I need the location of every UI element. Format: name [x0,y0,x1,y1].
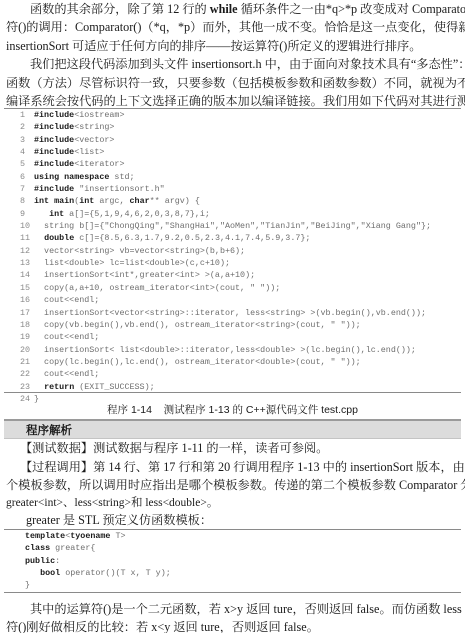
line-number: 16 [20,294,34,306]
code-text: c[]={8.5,6.3,1.7,9.2,0.5,2.3,4.1,7.4,5.9… [74,233,310,243]
code-line: 20 insertionSort< list<double>::iterator… [20,344,431,356]
code-text: T> [110,531,125,541]
caption-label: 程序 1-14 [107,404,152,416]
line-number: 9 [20,208,34,220]
intro-para1-line1: 函数的其余部分，除了第 12 行的 while 循环条件之一由*q>*p 改变成… [30,0,465,18]
code-text: std; [109,172,134,182]
analysis-test-data: 【测试数据】测试数据与程序 1-11 的一样，读者可参阅。 [20,439,465,457]
code-keyword: #include [34,184,74,194]
code-keyword: #include [34,135,74,145]
code-text: greater{ [50,543,95,553]
code-line: 3#include<vector> [20,134,431,146]
caption-text: 测试程序 1-13 的 C++源代码文件 test.cpp [164,404,358,416]
code-keyword: bool [40,568,60,578]
line-number: 10 [20,220,34,232]
code-line: 13 list<double> lc=list<double>(c,c+10); [20,257,431,269]
code-text: copy(lc.begin(),lc.end(), ostream_iterat… [34,357,361,367]
code-text: argc, [94,196,129,206]
code-text: "insertionsort.h" [74,184,164,194]
code-line: } [25,579,171,591]
code-line: template<tyoename T> [25,530,171,542]
code-listing-test-cpp: 1#include<iostream>2#include<string>3#in… [20,109,431,405]
code-line: 1#include<iostream> [20,109,431,121]
line-number: 11 [20,232,34,244]
line-number: 20 [20,344,34,356]
code-line: 14 insertionSort<int*,greater<int> >(a,a… [20,269,431,281]
code-keyword: using namespace [34,172,109,182]
code-keyword: public [25,556,55,566]
intro-text: 循环条件之一由*q>*p 改变成对 Comparator 的运算 [238,2,465,16]
code-text: operator()(T x, T y); [60,568,171,578]
code-text: <vector> [74,135,114,145]
analysis-greater-intro: greater 是 STL 预定义仿函数模板： [26,511,465,529]
code-text: string b[]={"ChongQing","ShangHai","AoMe… [34,221,431,231]
line-number: 12 [20,245,34,257]
code-text: } [25,580,30,590]
line-number: 18 [20,319,34,331]
code-text: cout<<endl; [34,369,99,379]
line-number: 5 [20,158,34,170]
line-number: 13 [20,257,34,269]
code-line: 17 insertionSort<vector<string>::iterato… [20,307,431,319]
intro-text: 函数的其余部分，除了第 12 行的 [30,2,210,16]
code-line: 12 vector<string> vb=vector<string>(b,b+… [20,245,431,257]
line-number: 15 [20,282,34,294]
code-line: 9 int a[]={5,1,9,4,6,2,0,3,8,7},i; [20,208,431,220]
intro-para1-line2: 符()的调用：Comparator()（*q，*p）而外，其他一成不变。恰恰是这… [6,18,461,36]
code-keyword: template [25,531,65,541]
analysis-call-line2: 个模板参数，所以调用时应指出是哪个模板参数。传递的第二个模板参数 Compara… [6,476,461,494]
line-number: 6 [20,171,34,183]
code-text: insertionSort<vector<string>::iterator, … [34,308,426,318]
keyword-while: while [210,2,238,16]
code-line: 7#include "insertionsort.h" [20,183,431,195]
code-bottom-rule [4,392,461,393]
code-line: 2#include<string> [20,121,431,133]
line-number: 1 [20,109,34,121]
code-line: 6using namespace std; [20,171,431,183]
section-title: 程序解析 [26,422,72,438]
code-text: cout<<endl; [34,332,99,342]
code-line: 4#include<list> [20,146,431,158]
code-keyword: int main [34,196,74,206]
code-text [34,382,44,392]
code-keyword: #include [34,147,74,157]
code-line: 10 string b[]={"ChongQing","ShangHai","A… [20,220,431,232]
code-keyword: #include [34,122,74,132]
line-number: 14 [20,269,34,281]
code-line: class greater{ [25,542,171,554]
code-keyword: tyoename [70,531,110,541]
analysis-call-line1: 【过程调用】第 14 行、第 17 行和第 20 行调用程序 1-13 中的 i… [20,458,465,476]
line-number: 4 [20,146,34,158]
code-line: 22 cout<<endl; [20,368,431,380]
code-keyword: int [79,196,94,206]
code-keyword: return [44,382,74,392]
code-text: copy(vb.begin(),vb.end(), ostream_iterat… [34,320,361,330]
code-line: 19 cout<<endl; [20,331,431,343]
conclusion-line2: 符()刚好做相反的比较：若 x<y 返回 ture，否则返回 false。 [6,618,461,633]
code-line: 15 copy(a,a+10, ostream_iterator<int>(co… [20,282,431,294]
code-text: insertionSort<int*,greater<int> >(a,a+10… [34,270,255,280]
code-keyword: int [49,209,64,219]
code-line: 5#include<iterator> [20,158,431,170]
code-keyword: #include [34,159,74,169]
code-text: copy(a,a+10, ostream_iterator<int>(cout,… [34,283,280,293]
code-text: : [55,556,60,566]
code-text: (EXIT_SUCCESS); [74,382,154,392]
code-text: <iterator> [74,159,124,169]
code-listing-greater: template<tyoename T>class greater{public… [25,530,171,592]
code-text: ** argv) { [150,196,200,206]
listing-caption: 程序 1-14 测试程序 1-13 的 C++源代码文件 test.cpp [0,402,465,417]
line-number: 17 [20,307,34,319]
code-text [25,568,40,578]
intro-para2-line2: 函数（方法）尽管标识符一致，只要参数（包括模板参数和函数参数）不同，就视为不同的… [6,74,461,92]
line-number: 22 [20,368,34,380]
code-text: a[]={5,1,9,4,6,2,0,3,8,7},i; [64,209,210,219]
code-text [34,209,49,219]
line-number: 3 [20,134,34,146]
code-line: bool operator()(T x, T y); [25,567,171,579]
code-text: list<double> lc=list<double>(c,c+10); [34,258,230,268]
code-text: insertionSort< list<double>::iterator,le… [34,345,416,355]
intro-para1-line3: insertionSort 可适应于任何方向的排序——按运算符()所定义的逻辑进… [6,37,461,55]
line-number: 2 [20,121,34,133]
code-line: 8int main(int argc, char** argv) { [20,195,431,207]
code-text: <iostream> [74,110,124,120]
code-line: 16 cout<<endl; [20,294,431,306]
code-text [34,233,44,243]
code-text: vector<string> vb=vector<string>(b,b+6); [34,246,245,256]
section-header-bar: 程序解析 [4,419,461,439]
code-line: public: [25,555,171,567]
analysis-call-line3: greater<int>、less<string>和 less<double>。 [6,494,461,512]
line-number: 21 [20,356,34,368]
line-number: 19 [20,331,34,343]
conclusion-line1: 其中的运算符()是一个二元函数，若 x>y 返回 ture，否则返回 false… [30,600,465,618]
line-number: 7 [20,183,34,195]
code2-bottom-rule [4,592,461,593]
code-keyword: char [130,196,150,206]
line-number: 8 [20,195,34,207]
code-line: 11 double c[]={8.5,6.3,1.7,9.2,0.5,2.3,4… [20,232,431,244]
code-keyword: #include [34,110,74,120]
intro-para2-line1: 我们把这段代码添加到头文件 insertionsort.h 中，由于面向对象技术… [30,55,465,73]
code-text: <string> [74,122,114,132]
code-line: 21 copy(lc.begin(),lc.end(), ostream_ite… [20,356,431,368]
code-keyword: double [44,233,74,243]
code-text: cout<<endl; [34,295,99,305]
code-line: 18 copy(vb.begin(),vb.end(), ostream_ite… [20,319,431,331]
code-text: <list> [74,147,104,157]
code-keyword: class [25,543,50,553]
